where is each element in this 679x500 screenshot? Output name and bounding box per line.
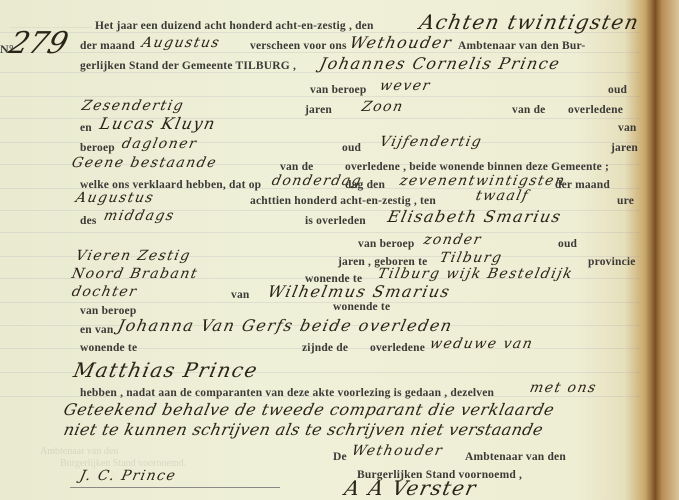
handwritten-relation: dochter <box>70 284 139 300</box>
handwritten-age: Vijfendertig <box>378 134 484 150</box>
handwritten-relation: weduwe van <box>428 336 535 352</box>
printed-text: oud <box>558 238 577 250</box>
printed-text: en van <box>80 324 113 336</box>
printed-text: provincie <box>588 256 636 268</box>
handwritten-hour: twaalf <box>474 188 530 204</box>
handwritten-witness-name: Lucas Kluyn <box>98 114 218 133</box>
record-number: 279 <box>5 26 72 61</box>
printed-text: beroep <box>80 142 115 154</box>
handwritten-relation: Geene bestaande <box>70 155 218 171</box>
printed-text: wonende te <box>80 342 137 354</box>
printed-text: oud <box>608 84 627 96</box>
printed-text: des <box>80 215 97 227</box>
printed-text: der maand <box>80 40 135 52</box>
handwritten-age: Zesendertig <box>80 98 185 114</box>
printed-text: jaren <box>611 142 638 154</box>
printed-text: ure <box>617 195 634 207</box>
printed-text: Ambtenaar van den Bur- <box>458 40 585 52</box>
printed-text: en <box>80 122 92 134</box>
handwritten-father-name: Wilhelmus Smarius <box>266 282 453 301</box>
register-page: ———— ———— ———— Ambtenaar van den Burgerl… <box>0 0 679 500</box>
handwritten-declarant-name: Johannes Cornelis Prince <box>318 54 562 73</box>
printed-text: hebben , nadat aan de comparanten van de… <box>80 387 494 399</box>
printed-text: overledene , beide wonende binnen deze G… <box>345 161 609 173</box>
printed-text: van <box>618 122 637 134</box>
handwritten-mother-name: Johanna Van Gerfs beide overleden <box>116 316 455 335</box>
bleed-through: Ambtenaar van den <box>40 446 118 457</box>
handwritten-province: Noord Brabant <box>70 266 199 282</box>
printed-text: van beroep <box>358 238 414 250</box>
declarant-signature: J. C. Prince <box>78 468 178 484</box>
handwritten-birthplace: Tilburg <box>438 250 504 266</box>
signature-line <box>70 487 280 488</box>
handwritten-occupation: wever <box>378 78 432 94</box>
printed-text: zijnde de <box>302 342 348 354</box>
closing-line-1: Ambtenaar van den <box>465 451 566 463</box>
official-signature: A A Verster <box>342 476 479 500</box>
handwritten-date: zevenentwintigsten <box>398 173 567 189</box>
printed-text: gerlijken Stand der Gemeente TILBURG , <box>80 60 296 72</box>
handwritten-text: Geteekend behalve de tweede comparant di… <box>62 400 556 419</box>
handwritten-month: Augustus <box>140 35 222 51</box>
printed-text: Het jaar een duizend acht honderd acht-e… <box>95 20 374 32</box>
printed-text: overledene <box>370 342 425 354</box>
printed-text: dag den <box>345 179 385 191</box>
handwritten-age: Vieren Zestig <box>74 248 192 264</box>
handwritten-occupation: zonder <box>422 232 483 248</box>
printed-text: verscheen voor ons <box>250 40 347 52</box>
printed-text: is overleden <box>305 215 366 227</box>
printed-text: der maand <box>555 179 610 191</box>
handwritten-time-of-day: middags <box>102 208 176 224</box>
handwritten-text: met ons <box>528 380 598 396</box>
printed-text: achttien honderd acht-en-zestig , ten <box>250 195 436 207</box>
printed-text: jaren <box>305 104 332 116</box>
printed-text: overledene <box>568 104 623 116</box>
printed-text: oud <box>342 142 361 154</box>
printed-text: wonende te <box>333 301 390 313</box>
handwritten-occupation: dagloner <box>120 136 199 152</box>
handwritten-text: niet te kunnen schrijven als te schrijve… <box>62 420 545 439</box>
handwritten-deceased-name: Elisabeth Smarius <box>386 207 564 226</box>
handwritten-relation: Zoon <box>360 99 405 115</box>
handwritten-day: Achten twintigsten <box>417 10 641 34</box>
closing-prefix: De <box>333 451 347 463</box>
handwritten-office: Wethouder <box>348 33 454 52</box>
handwritten-office: Wethouder <box>350 443 444 459</box>
printed-text: van <box>231 289 250 301</box>
handwritten-month: Augustus <box>74 190 156 206</box>
printed-text: van de <box>280 161 313 173</box>
handwritten-spouse-name: Matthias Prince <box>71 358 260 382</box>
handwritten-residence: Tilburg wijk Besteldijk <box>376 266 574 282</box>
printed-text: van beroep <box>310 84 366 96</box>
printed-text: van de <box>512 104 545 116</box>
